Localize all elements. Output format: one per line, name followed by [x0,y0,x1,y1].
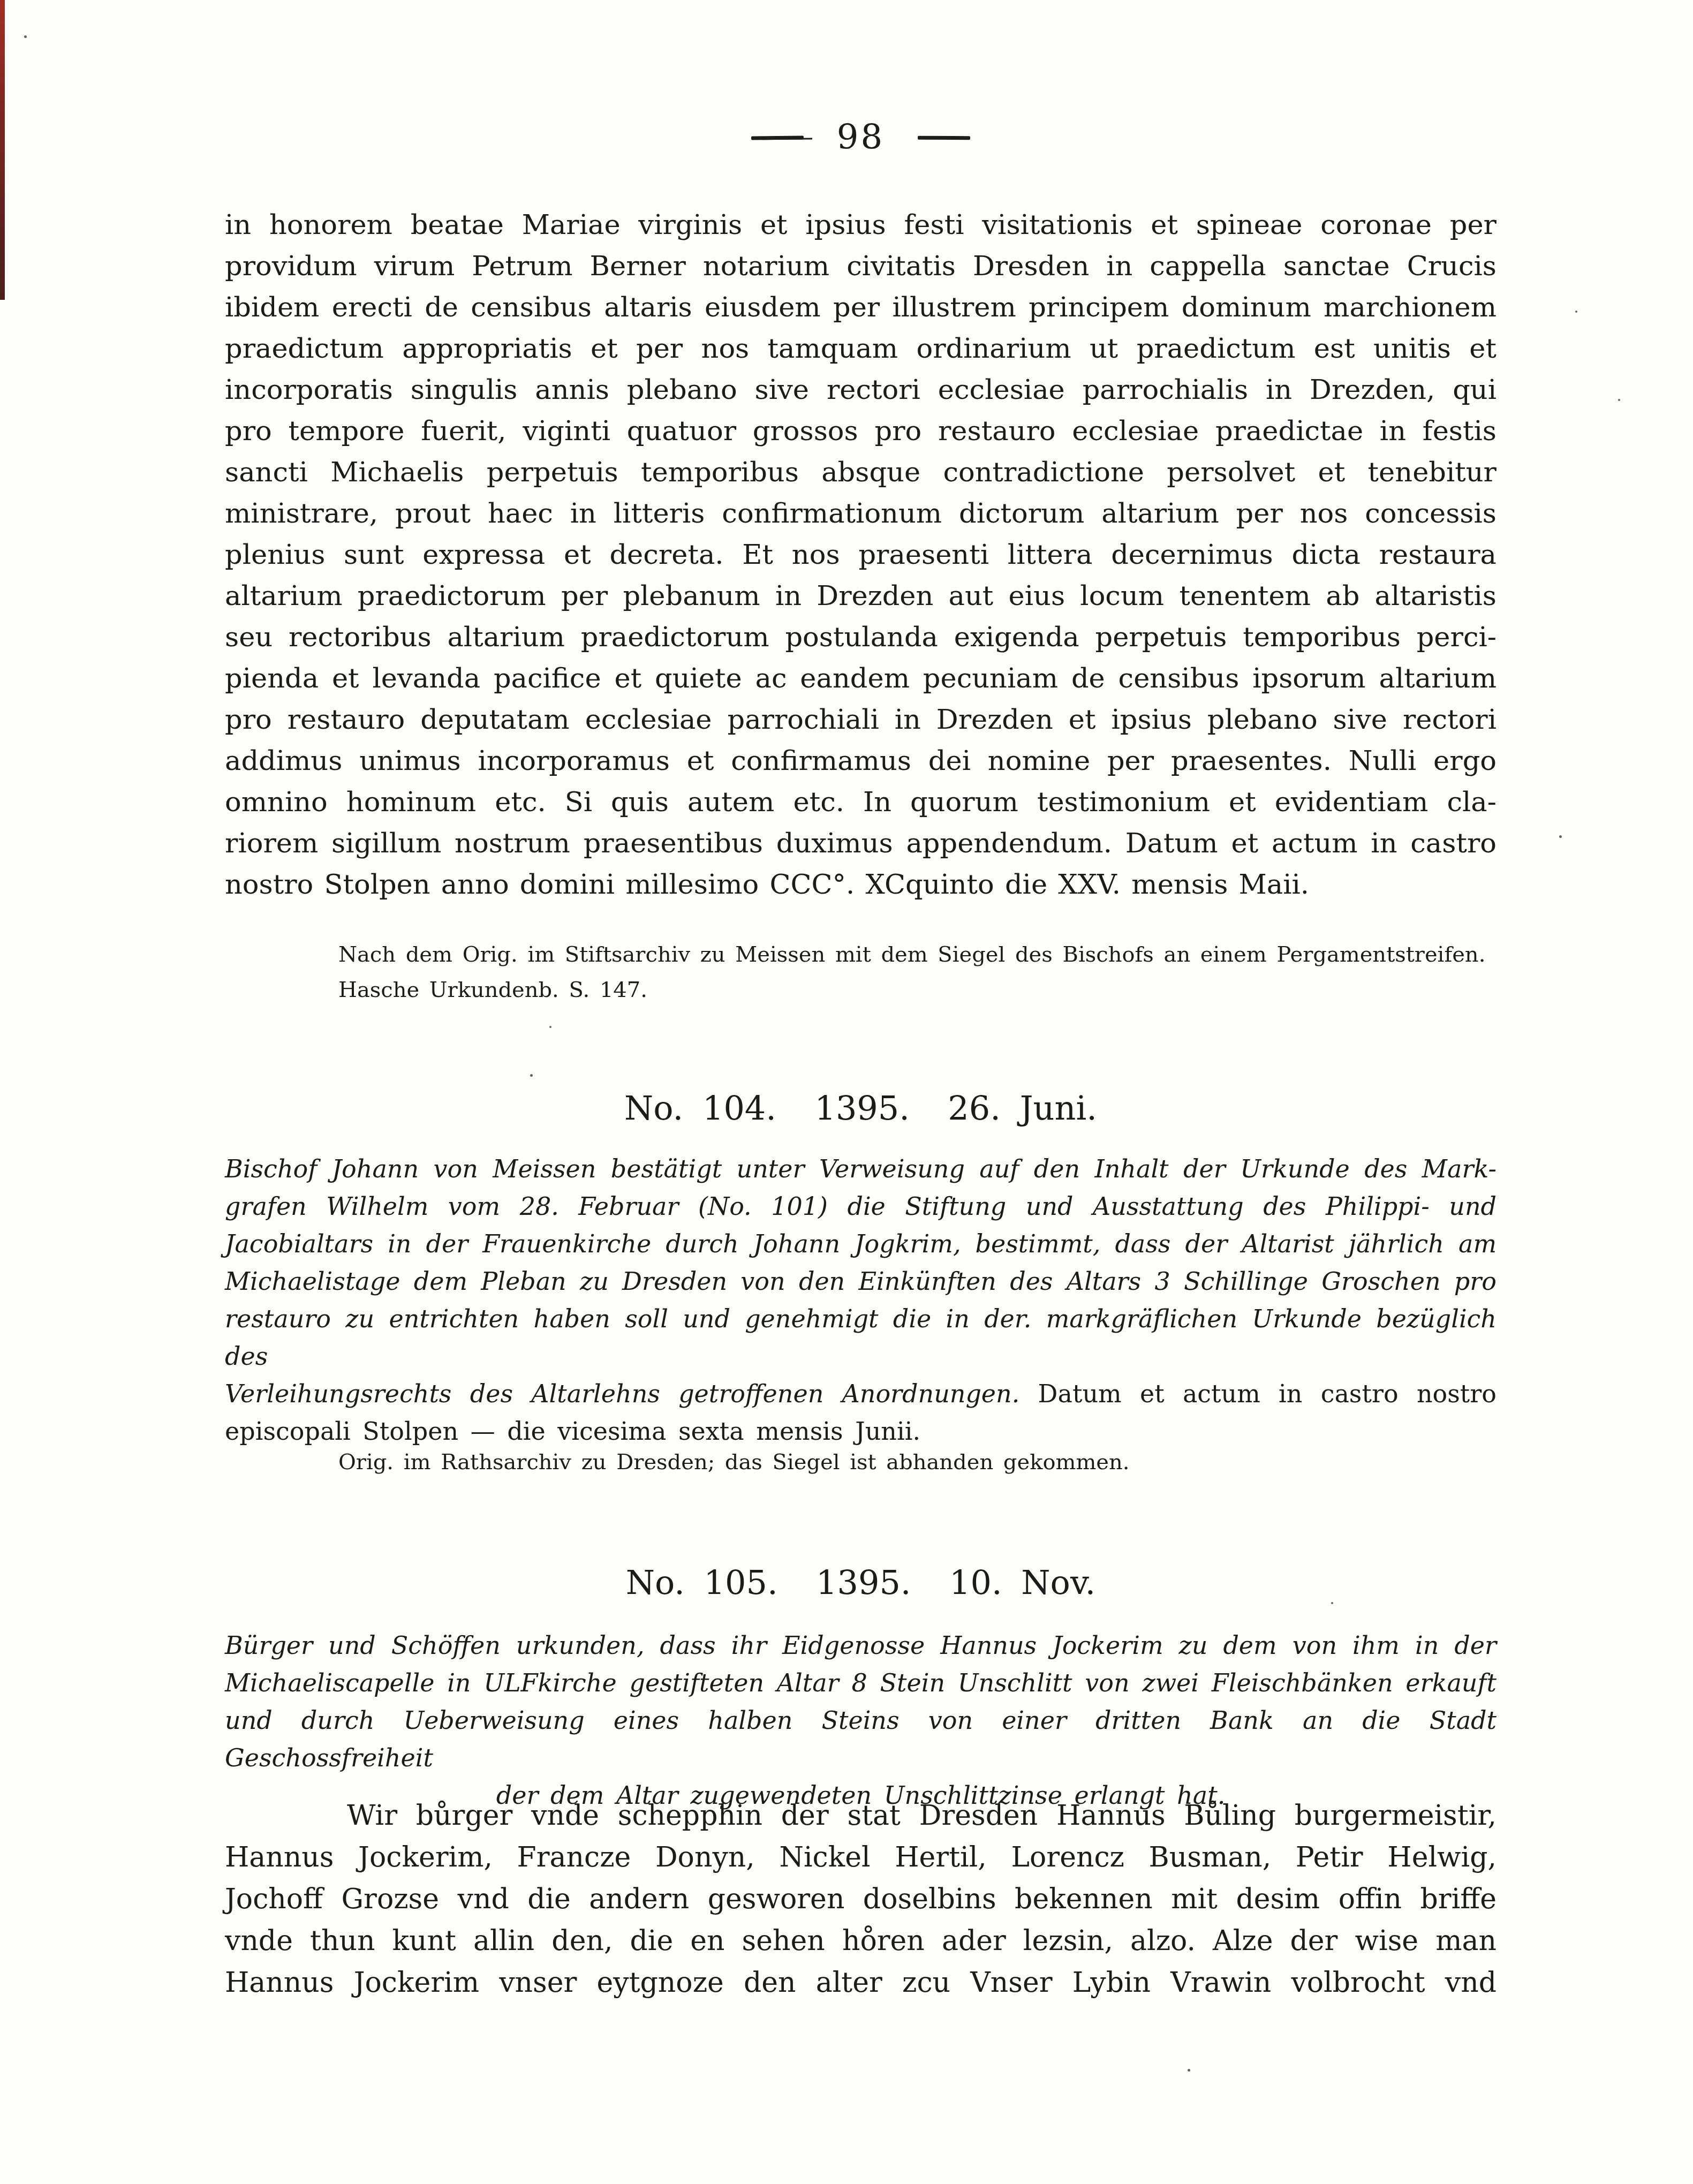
text-line: Hannus Jockerim vnser eytgnoze den alter… [225,1962,1497,2004]
text-line: pienda et levanda pacifice et quiete ac … [225,658,1497,699]
page-number-rule-right [918,135,970,140]
scan-edge-artifact [0,0,5,300]
ink-speck [24,35,27,38]
text-line: Wir bůrger vnde schepphin der stat Dresd… [225,1795,1497,1837]
text-line: Hasche Urkundenb. S. 147. [338,972,1498,1008]
text-line: Nach dem Orig. im Stiftsarchiv zu Meisse… [338,937,1498,972]
text-line: grafen Wilhelm vom 28. Februar (No. 101)… [225,1188,1497,1225]
text-line: und durch Ueberweisung eines halben Stei… [225,1702,1497,1777]
ink-speck [1575,311,1577,313]
page-header: 98 [225,114,1497,162]
text-line: Jochoff Grozse vnd die andern gesworen d… [225,1878,1497,1920]
page-number-rule-left [751,135,804,140]
text-line: Bürger und Schöffen urkunden, dass ihr E… [225,1627,1497,1664]
text-line: incorporatis singulis annis plebano sive… [225,369,1497,411]
scanned-book-page: { "colors": { "paper": "#fdfdfc", "ink":… [0,0,1693,2184]
charter-body-105: Wir bůrger vnde schepphin der stat Dresd… [225,1795,1497,2004]
text-line: Michaeliscapelle in ULFkirche gestiftete… [225,1664,1497,1702]
text-line: restauro zu entrichten haben soll und ge… [225,1300,1497,1375]
text-line: praedictum appropriatis et per nos tamqu… [225,328,1497,369]
text-line: seu rectoribus altarium praedictorum pos… [225,617,1497,658]
text-line: sancti Michaelis perpetuis temporibus ab… [225,452,1497,493]
latin-charter-paragraph: in honorem beatae Mariae virginis et ips… [225,205,1497,905]
text-line: pro tempore fuerit, viginti quatuor gros… [225,411,1497,452]
text-line: Orig. im Rathsarchiv zu Dresden; das Sie… [338,1445,1498,1480]
ink-speck [549,1026,551,1028]
text-line: in honorem beatae Mariae virginis et ips… [225,205,1497,246]
text-line: riorem sigillum nostrum praesentibus dux… [225,823,1497,864]
ink-speck [1559,835,1562,838]
text-line: ibidem erecti de censibus altaris eiusde… [225,287,1497,328]
text-line: ministrare, prout haec in litteris confi… [225,493,1497,534]
text-line: altarium praedictorum per plebanum in Dr… [225,576,1497,617]
entry-heading-104: No. 104. 1395. 26. Juni. [225,1087,1497,1130]
ink-speck [530,1074,533,1077]
text-line: Hannus Jockerim, Francze Donyn, Nickel H… [225,1837,1497,1878]
source-note-previous-entry: Nach dem Orig. im Stiftsarchiv zu Meisse… [338,937,1498,1008]
page-number: 98 [837,120,885,155]
ink-speck [1331,1602,1333,1604]
text-line: plenius sunt expressa et decreta. Et nos… [225,534,1497,576]
text-line: pro restauro deputatam ecclesiae parroch… [225,699,1497,740]
text-line: nostro Stolpen anno domini millesimo CCC… [225,864,1497,905]
text-line: Michaelistage dem Pleban zu Dresden von … [225,1263,1497,1300]
entry-heading-105: No. 105. 1395. 10. Nov. [225,1561,1497,1604]
text-line: providum virum Petrum Berner notarium ci… [225,246,1497,287]
text-line: vnde thun kunt allin den, die en sehen h… [225,1920,1497,1962]
text-line: Jacobialtars in der Frauenkirche durch J… [225,1225,1497,1263]
regest-104: Bischof Johann von Meissen bestätigt unt… [225,1150,1497,1450]
source-note-104: Orig. im Rathsarchiv zu Dresden; das Sie… [338,1445,1498,1480]
ink-speck [1618,399,1620,401]
text-line: Verleihungsrechts des Altarlehns getroff… [225,1375,1497,1412]
regest-105: Bürger und Schöffen urkunden, dass ihr E… [225,1627,1497,1814]
text-line: Bischof Johann von Meissen bestätigt unt… [225,1150,1497,1188]
text-line: addimus unimus incorporamus et confirmam… [225,740,1497,782]
ink-speck [1188,2069,1190,2072]
text-line: omnino hominum etc. Si quis autem etc. I… [225,782,1497,823]
